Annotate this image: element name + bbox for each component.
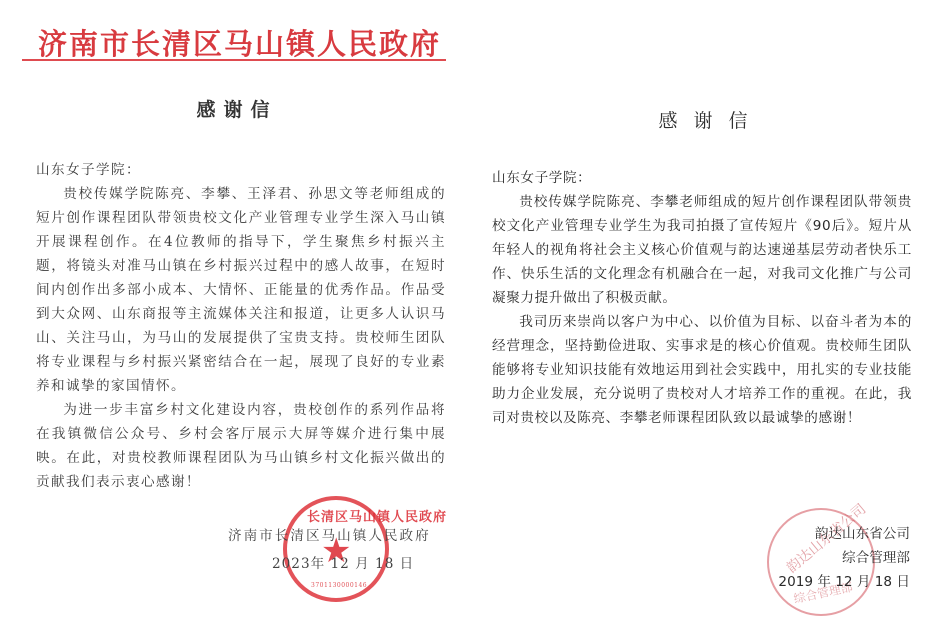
letter-date: 2023年 12 月 18 日 <box>272 552 414 572</box>
paragraph-2: 为进一步丰富乡村文化建设内容，贵校创作的系列作品将在我镇微信公众号、乡村会客厅展… <box>36 398 446 494</box>
official-seal: 长清区马山镇人民政府 ★ 3701130000146 <box>283 496 389 602</box>
letter-title: 感谢信 <box>0 95 474 122</box>
paragraph-1: 贵校传媒学院陈亮、李攀、王泽君、孙思文等老师组成的短片创作课程团队带领贵校文化产… <box>36 182 446 398</box>
paragraph-1: 贵校传媒学院陈亮、李攀老师组成的短片创作课程团队带领贵校文化产业管理专业学生为我… <box>492 190 912 310</box>
salutation: 山东女子学院： <box>492 166 912 190</box>
signature-department: 综合管理部 <box>842 546 910 566</box>
seal-code: 3701130000146 <box>311 582 367 589</box>
left-letter: 济南市长清区马山镇人民政府 感谢信 山东女子学院： 贵校传媒学院陈亮、李攀、王泽… <box>0 0 474 627</box>
signature: 济南市长清区马山镇人民政府 <box>228 524 431 544</box>
salutation: 山东女子学院： <box>36 158 446 182</box>
letter-body: 山东女子学院： 贵校传媒学院陈亮、李攀老师组成的短片创作课程团队带领贵校文化产业… <box>492 166 912 430</box>
letterhead-title: 济南市长清区马山镇人民政府 <box>38 22 441 63</box>
paragraph-2: 我司历来崇尚以客户为中心、以价值为目标、以奋斗者为本的经营理念，坚持勤俭进取、实… <box>492 310 912 430</box>
signature-company: 韵达山东省公司 <box>815 522 910 542</box>
letter-title: 感谢信 <box>474 106 948 133</box>
seal-ring-text: 长清区马山镇人民政府 <box>307 506 447 525</box>
letterhead-divider <box>22 59 446 61</box>
letter-date: 2019 年 12 月 18 日 <box>778 570 910 590</box>
letter-body: 山东女子学院： 贵校传媒学院陈亮、李攀、王泽君、孙思文等老师组成的短片创作课程团… <box>36 158 446 494</box>
